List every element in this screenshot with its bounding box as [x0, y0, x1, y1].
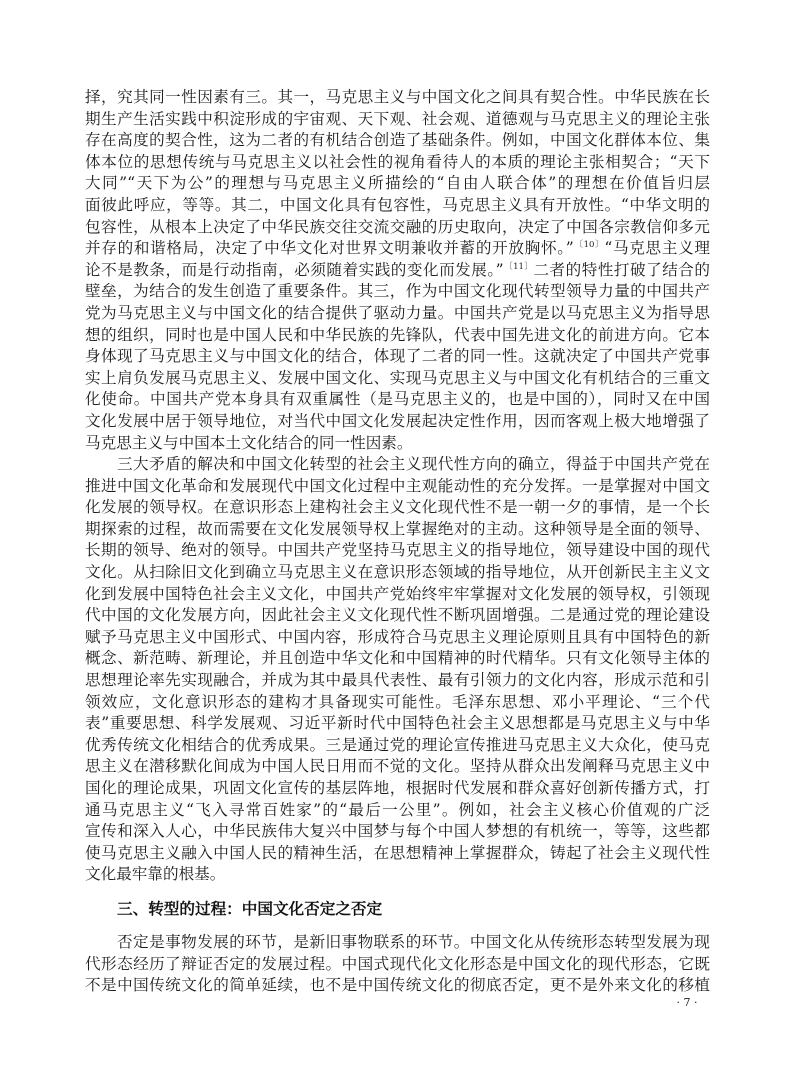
- body-line: 文化。从扫除旧文化到确立马克思主义在意识形态领域的指导地位，从开创新民主主义文: [85, 562, 710, 584]
- body-line: 否定是事物发展的环节，是新旧事物联系的环节。中国文化从传统形态转型发展为现: [85, 932, 710, 954]
- body-line: 择，究其同一性因素有三。其一，马克思主义与中国文化之间具有契合性。中华民族在长: [85, 87, 710, 109]
- body-line: 体本位的思想传统与马克思主义以社会性的视角看待人的本质的理论主张相契合；“天下: [85, 152, 710, 174]
- body-line: 化到发展中国特色社会主义文化，中国共产党始终牢牢掌握对文化发展的领导权，引领现: [85, 584, 710, 606]
- body-line: 长期的领导、绝对的领导。中国共产党坚持马克思主义的指导地位，领导建设中国的现代: [85, 540, 710, 562]
- line-text: “马克思主义理: [604, 239, 710, 257]
- document-page: 择，究其同一性因素有三。其一，马克思主义与中国文化之间具有契合性。中华民族在长 …: [85, 87, 710, 997]
- body-line: 实上肩负发展马克思主义、发展中国文化、实现马克思主义与中国文化有机结合的三重文: [85, 368, 710, 390]
- body-line: 宣传和深入人心，中华民族伟大复兴中国梦与每个中国人梦想的有机统一，等等，这些都: [85, 821, 710, 843]
- body-line: 期生产生活实践中积淀形成的宇宙观、天下观、社会观、道德观与马克思主义的理论主张: [85, 109, 710, 131]
- body-line: 代中国的文化发展方向，因此社会主义文化现代性不断巩固增强。二是通过党的理论建设: [85, 605, 710, 627]
- body-line: 三大矛盾的解决和中国文化转型的社会主义现代性方向的确立，得益于中国共产党在: [85, 454, 710, 476]
- paragraph-2: 三大矛盾的解决和中国文化转型的社会主义现代性方向的确立，得益于中国共产党在 推进…: [85, 454, 710, 886]
- body-line: 想的组织，同时也是中国人民和中华民族的先锋队，代表中国先进文化的前进方向。它本: [85, 325, 710, 347]
- body-line: 面彼此呼应，等等。其二，中国文化具有包容性，马克思主义具有开放性。“中华文明的: [85, 195, 710, 217]
- body-line: 推进中国文化革命和发展现代中国文化过程中主观能动性的充分发挥。一是掌握对中国文: [85, 476, 710, 498]
- body-line: 领效应，文化意识形态的建构才具备现实可能性。毛泽东思想、邓小平理论、“三个代: [85, 692, 710, 714]
- footnote-ref: 〔10〕: [574, 240, 605, 250]
- body-line: 并存的和谐格局，决定了中华文化对世界文明兼收并蓄的开放胸怀。”〔10〕“马克思主…: [85, 238, 710, 260]
- body-line: 优秀传统文化相结合的优秀成果。三是通过党的理论宣传推进马克思主义大众化，使马克: [85, 735, 710, 757]
- paragraph-1: 择，究其同一性因素有三。其一，马克思主义与中国文化之间具有契合性。中华民族在长 …: [85, 87, 710, 454]
- body-line: 使马克思主义融入中国人民的精神生活，在思想精神上掌握群众，铸起了社会主义现代性: [85, 843, 710, 865]
- body-line: 论不是教条，而是行动指南，必须随着实践的变化而发展。”〔11〕二者的特性打破了结…: [85, 260, 710, 282]
- body-line: 包容性，从根本上决定了中华民族交往交流交融的历史取向，决定了中国各宗教信仰多元: [85, 217, 710, 239]
- body-line: 身体现了马克思主义与中国文化的结合，体现了二者的同一性。这就决定了中国共产党事: [85, 346, 710, 368]
- line-text: 二者的特性打破了结合的: [533, 261, 710, 279]
- body-line: 不是中国传统文化的简单延续，也不是中国传统文化的彻底否定，更不是外来文化的移植: [85, 975, 710, 997]
- body-line: 文化最牢靠的根基。: [85, 864, 710, 886]
- body-line: 化使命。中国共产党本身具有双重属性（是马克思主义的，也是中国的），同时又在中国: [85, 389, 710, 411]
- footnote-ref: 〔11〕: [504, 262, 534, 272]
- body-line: 表”重要思想、科学发展观、习近平新时代中国特色社会主义思想都是马克思主义与中华: [85, 713, 710, 735]
- line-text: 论不是教条，而是行动指南，必须随着实践的变化而发展。”: [85, 261, 504, 279]
- body-line: 概念、新范畴、新理论，并且创造中华文化和中国精神的时代精华。只有文化领导主体的: [85, 648, 710, 670]
- body-line: 存在高度的契合性，这为二者的有机结合创造了基础条件。例如，中国文化群体本位、集: [85, 130, 710, 152]
- page-number: · 7 ·: [672, 993, 702, 1013]
- body-line: 大同”“天下为公”的理想与马克思主义所描绘的“自由人联合体”的理想在价值旨归层: [85, 173, 710, 195]
- paragraph-3: 否定是事物发展的环节，是新旧事物联系的环节。中国文化从传统形态转型发展为现 代形…: [85, 932, 710, 997]
- body-line: 思想理论率先实现融合，并成为其中最具代表性、最有引领力的文化内容，形成示范和引: [85, 670, 710, 692]
- body-line: 化发展的领导权。在意识形态上建构社会主义文化现代性不是一朝一夕的事情，是一个长: [85, 497, 710, 519]
- body-line: 代形态经历了辩证否定的发展过程。中国式现代化文化形态是中国文化的现代形态，它既: [85, 954, 710, 976]
- body-line: 马克思主义与中国本土文化结合的同一性因素。: [85, 433, 710, 455]
- body-line: 国化的理论成果，巩固文化宣传的基层阵地，根据时代发展和群众喜好创新传播方式，打: [85, 778, 710, 800]
- body-line: 党为马克思主义与中国文化的结合提供了驱动力量。中国共产党是以马克思主义为指导思: [85, 303, 710, 325]
- line-text: 并存的和谐格局，决定了中华文化对世界文明兼收并蓄的开放胸怀。”: [85, 239, 574, 257]
- body-line: 思主义在潜移默化间成为中国人民日用而不觉的文化。坚持从群众出发阐释马克思主义中: [85, 756, 710, 778]
- body-line: 赋予马克思主义中国形式、中国内容，形成符合马克思主义理论原则且具有中国特色的新: [85, 627, 710, 649]
- body-line: 壁垒，为结合的发生创造了重要条件。其三，作为中国文化现代转型领导力量的中国共产: [85, 281, 710, 303]
- body-line: 通马克思主义“飞入寻常百姓家”的“最后一公里”。例如，社会主义核心价值观的广泛: [85, 800, 710, 822]
- body-line: 文化发展中居于领导地位，对当代中国文化发展起决定性作用，因而客观上极大地增强了: [85, 411, 710, 433]
- section-heading: 三、转型的过程：中国文化否定之否定: [85, 899, 710, 921]
- body-line: 期探索的过程，故而需要在文化发展领导权上掌握绝对的主动。这种领导是全面的领导、: [85, 519, 710, 541]
